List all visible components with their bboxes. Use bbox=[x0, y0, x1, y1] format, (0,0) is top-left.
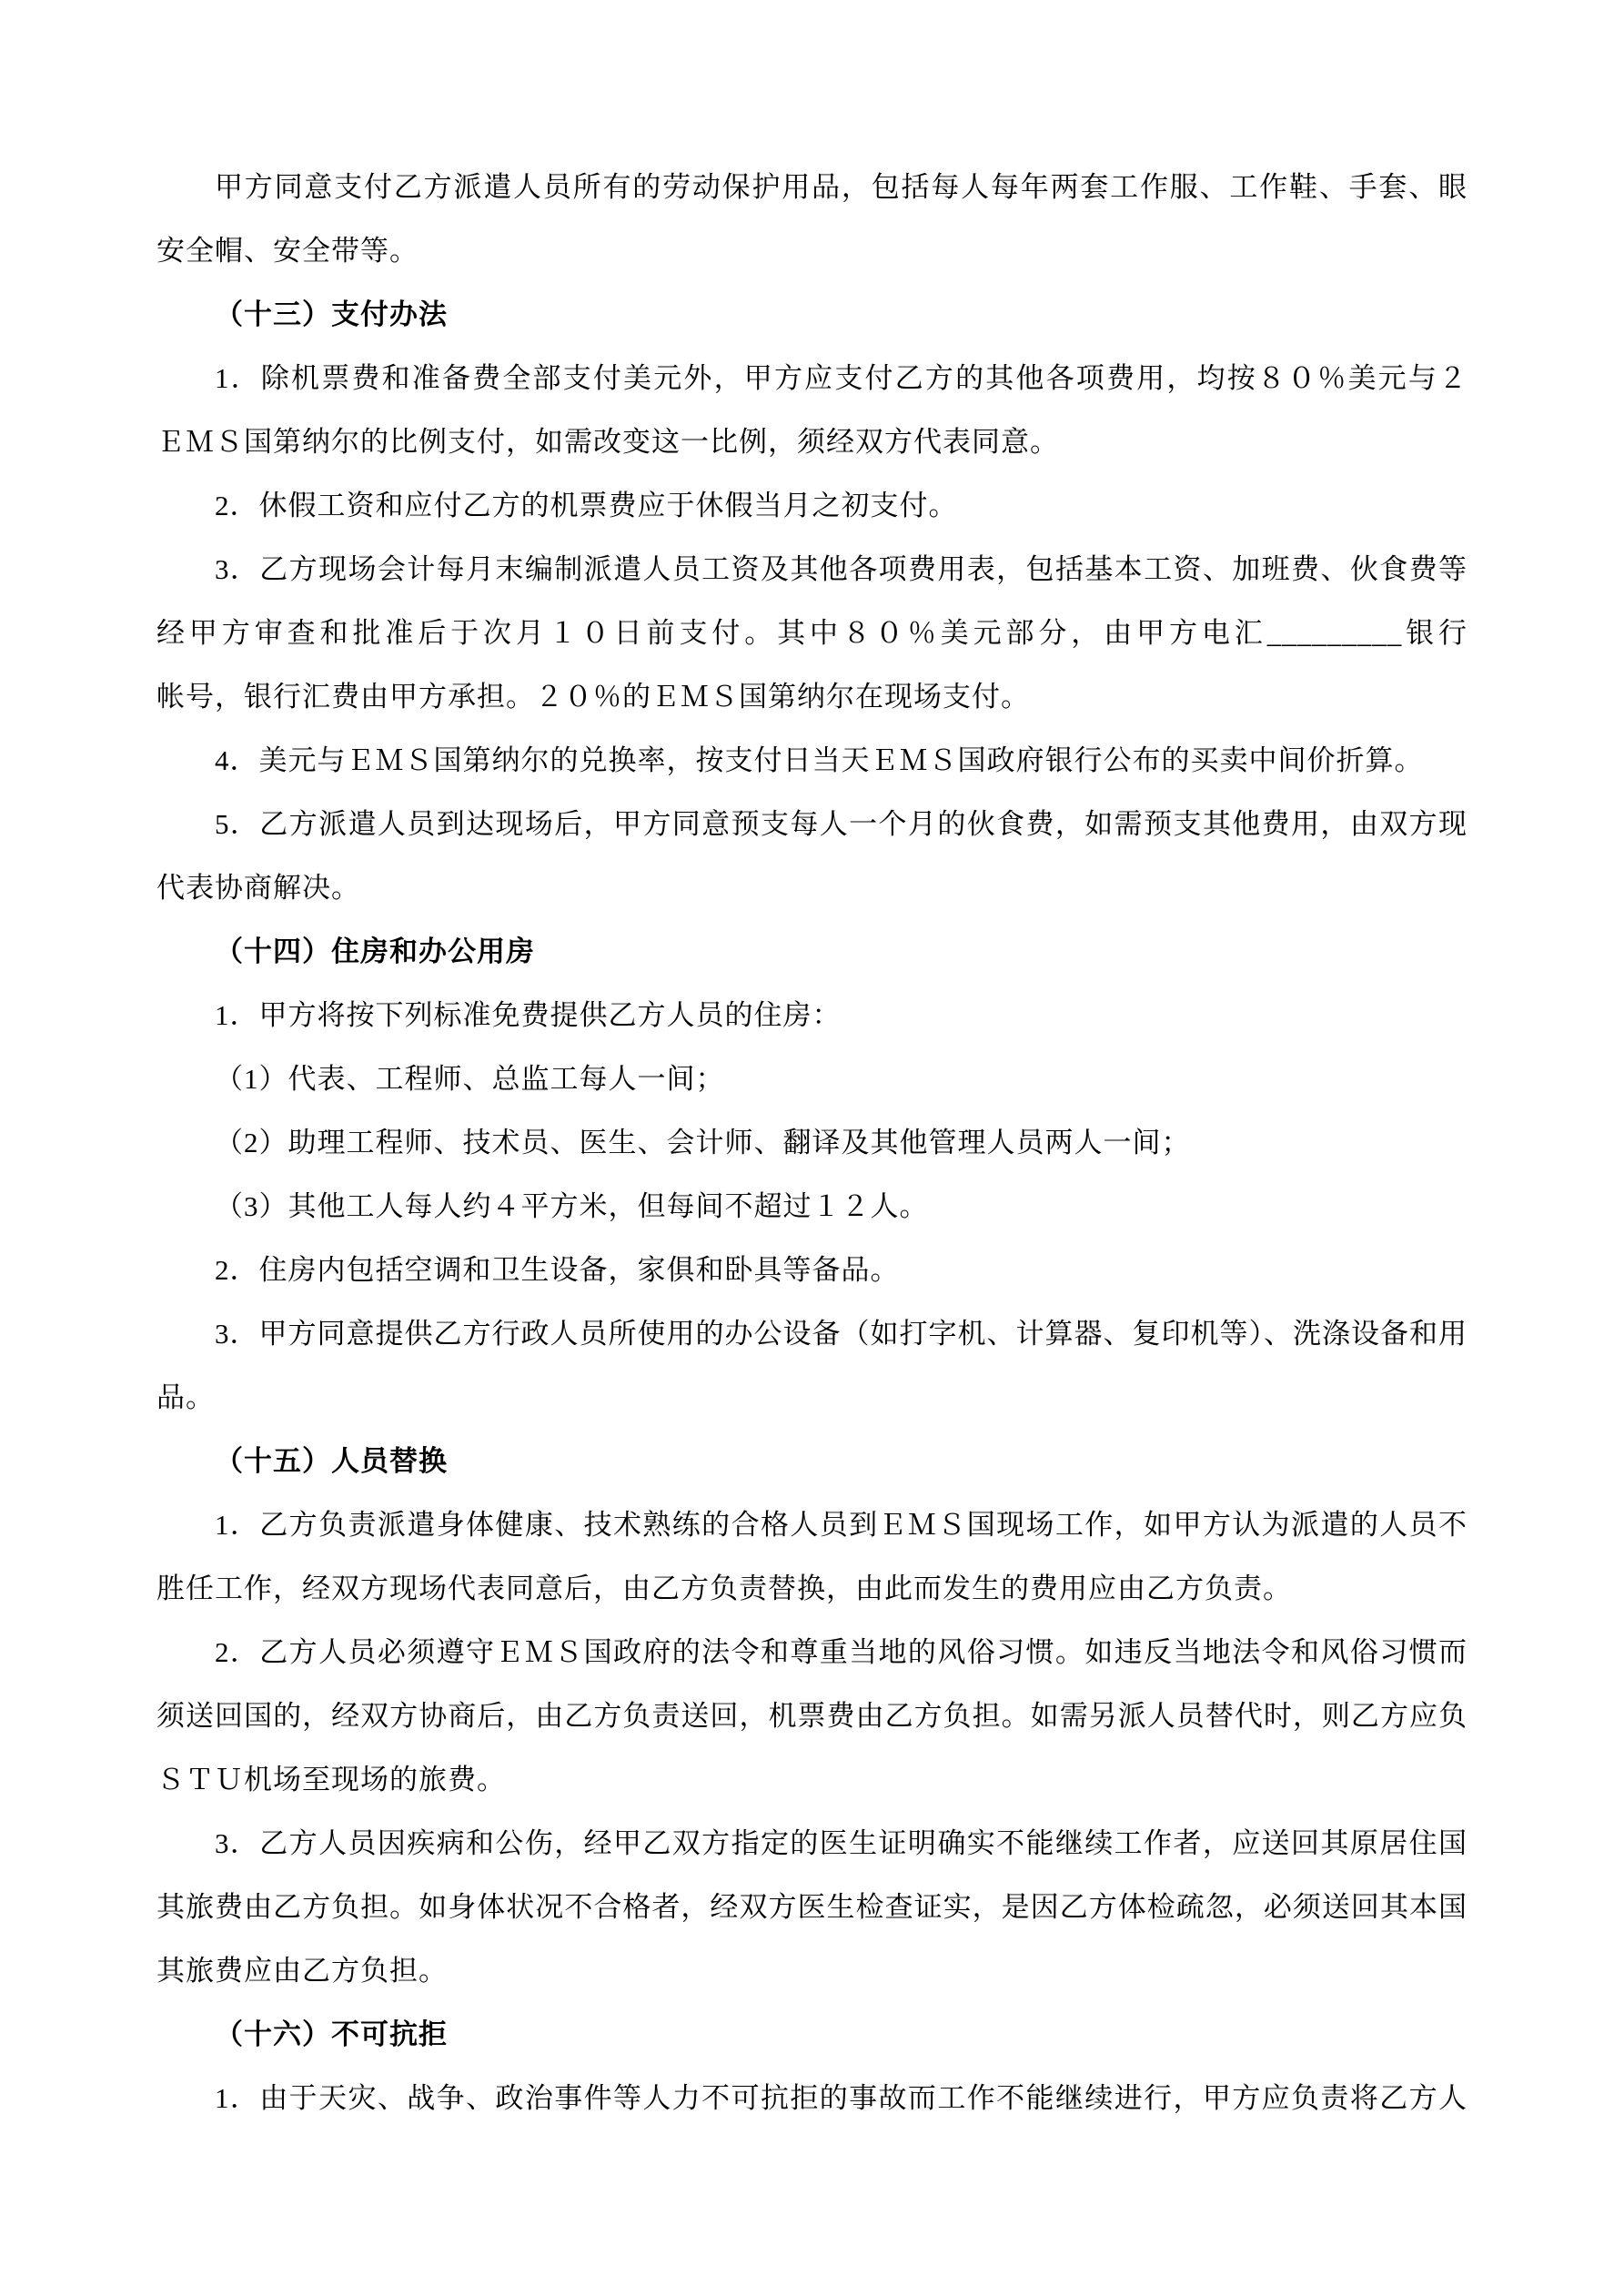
paragraph-line: 1．由于天灾、战争、政治事件等人力不可抗拒的事故而工作不能继续进行，甲方应负责将… bbox=[156, 2067, 1468, 2130]
section-heading: （十三）支付办法 bbox=[156, 283, 1468, 347]
paragraph-line: 2．休假工资和应付乙方的机票费应于休假当月之初支付。 bbox=[156, 474, 1468, 538]
paragraph-line: 胜任工作，经双方现场代表同意后，由乙方负责替换，由此而发生的费用应由乙方负责。 bbox=[156, 1557, 1468, 1621]
paragraph-line: 其旅费由乙方负担。如身体状况不合格者，经双方医生检查证实，是因乙方体检疏忽，必须… bbox=[156, 1876, 1468, 1939]
paragraph-line: 1．除机票费和准备费全部支付美元外，甲方应支付乙方的其他各项费用，均按８０％美元… bbox=[156, 347, 1468, 410]
paragraph-line: ＳＴＵ机场至现场的旅费。 bbox=[156, 1748, 1468, 1812]
list-item-line: （2）助理工程师、技术员、医生、会计师、翻译及其他管理人员两人一间； bbox=[156, 1111, 1468, 1175]
document-page: 甲方同意支付乙方派遣人员所有的劳动保护用品，包括每人每年两套工作服、工作鞋、手套… bbox=[0, 0, 1624, 2296]
section-heading: （十四）住房和办公用房 bbox=[156, 920, 1468, 984]
section-heading: （十六）不可抗拒 bbox=[156, 2003, 1468, 2067]
list-item-line: （1）代表、工程师、总监工每人一间； bbox=[156, 1047, 1468, 1111]
paragraph-line: 2．住房内包括空调和卫生设备，家俱和卧具等备品。 bbox=[156, 1239, 1468, 1302]
paragraph-line: 4．美元与ＥＭＳ国第纳尔的兑换率，按支付日当天ＥＭＳ国政府银行公布的买卖中间价折… bbox=[156, 729, 1468, 793]
paragraph-line: 2．乙方人员必须遵守ＥＭＳ国政府的法令和尊重当地的风俗习惯。如违反当地法令和风俗… bbox=[156, 1621, 1468, 1684]
paragraph-line: 5．乙方派遣人员到达现场后，甲方同意预支每人一个月的伙食费，如需预支其他费用，由… bbox=[156, 793, 1468, 856]
paragraph-line: 1．甲方将按下列标准免费提供乙方人员的住房： bbox=[156, 984, 1468, 1047]
paragraph-line: 品。 bbox=[156, 1366, 1468, 1430]
paragraph-line: 3．甲方同意提供乙方行政人员所使用的办公设备（如打字机、计算器、复印机等）、洗涤… bbox=[156, 1302, 1468, 1366]
paragraph-line: 帐号，银行汇费由甲方承担。２０％的ＥＭＳ国第纳尔在现场支付。 bbox=[156, 665, 1468, 729]
paragraph-line: 安全帽、安全带等。 bbox=[156, 219, 1468, 283]
paragraph-line: 须送回国的，经双方协商后，由乙方负责送回，机票费由乙方负担。如需另派人员替代时，… bbox=[156, 1684, 1468, 1748]
paragraph-line: 代表协商解决。 bbox=[156, 856, 1468, 920]
paragraph-line: 3．乙方人员因疾病和公伤，经甲乙双方指定的医生证明确实不能继续工作者，应送回其原… bbox=[156, 1812, 1468, 1876]
list-item-line: （3）其他工人每人约４平方米，但每间不超过１２人。 bbox=[156, 1175, 1468, 1239]
section-heading: （十五）人员替换 bbox=[156, 1430, 1468, 1493]
paragraph-line: 3．乙方现场会计每月末编制派遣人员工资及其他各项费用表，包括基本工资、加班费、伙… bbox=[156, 538, 1468, 602]
paragraph-line: 1．乙方负责派遣身体健康、技术熟练的合格人员到ＥＭＳ国现场工作，如甲方认为派遣的… bbox=[156, 1493, 1468, 1557]
paragraph-line: ＥＭＳ国第纳尔的比例支付，如需改变这一比例，须经双方代表同意。 bbox=[156, 410, 1468, 474]
paragraph-line: 其旅费应由乙方负担。 bbox=[156, 1939, 1468, 2003]
paragraph-line: 甲方同意支付乙方派遣人员所有的劳动保护用品，包括每人每年两套工作服、工作鞋、手套… bbox=[156, 156, 1468, 219]
paragraph-line-with-blanks: 经甲方审查和批准后于次月１０日前支付。其中８０％美元部分，由甲方电汇______… bbox=[156, 602, 1468, 665]
